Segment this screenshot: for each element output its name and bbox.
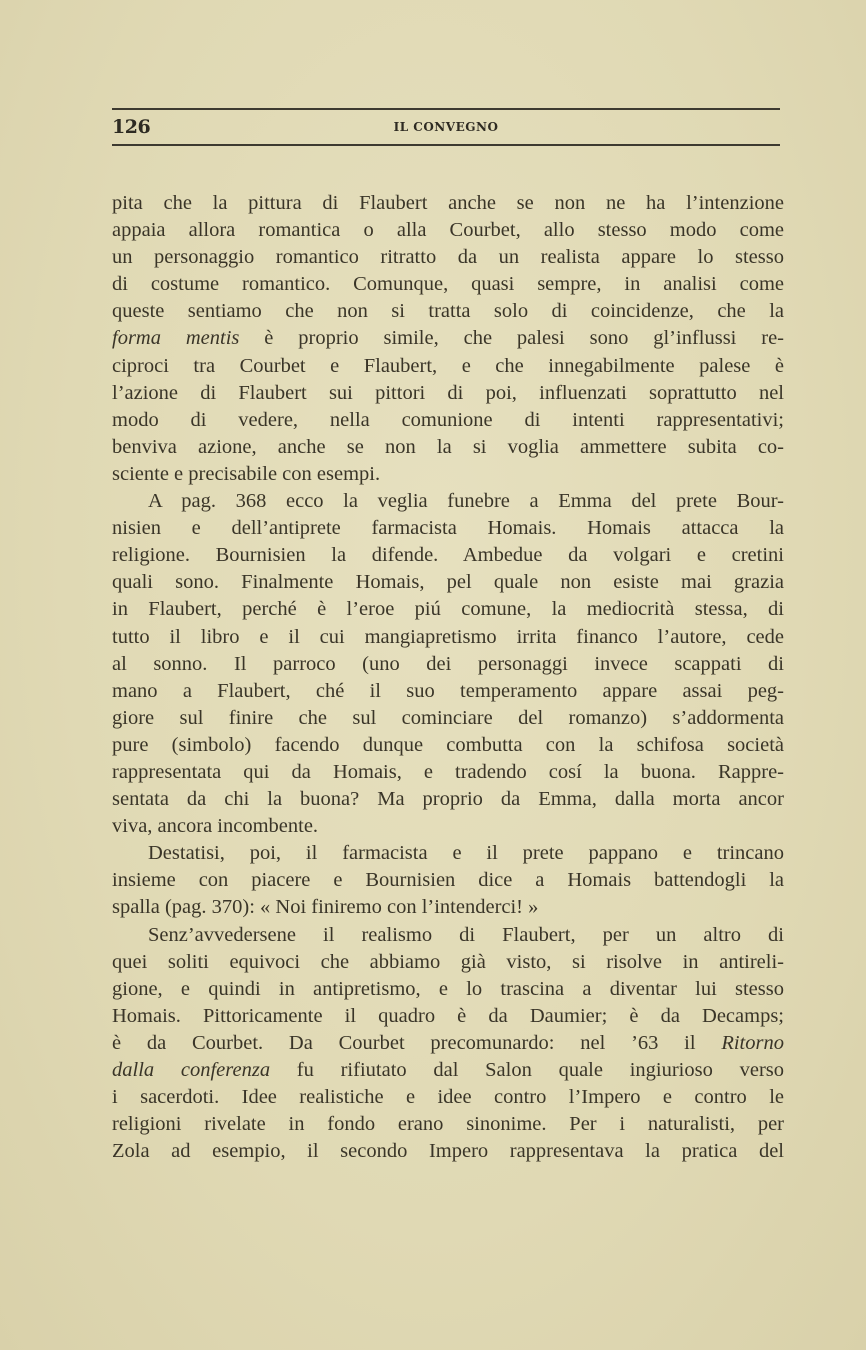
text-line: tutto il libro e il cui mangiapretismo i… <box>112 624 784 651</box>
paragraph-4: Senz’avvedersene il realismo di Flaubert… <box>112 922 784 1166</box>
text-line: religioni rivelate in fondo erano sinoni… <box>112 1111 784 1138</box>
text-line: mano a Flaubert, ché il suo temperamento… <box>112 678 784 705</box>
italic-phrase: forma mentis <box>112 327 239 349</box>
text-line: giore sul finire che sul cominciare del … <box>112 705 784 732</box>
text-line: religione. Bournisien la difende. Ambedu… <box>112 542 784 569</box>
text-line: ciproci tra Courbet e Flaubert, e che in… <box>112 353 784 380</box>
text-line: sentata da chi la buona? Ma proprio da E… <box>112 786 784 813</box>
text-line: appaia allora romantica o alla Courbet, … <box>112 217 784 244</box>
text-line: l’azione di Flaubert sui pittori di poi,… <box>112 380 784 407</box>
paragraph-3: Destatisi, poi, il farmacista e il prete… <box>112 840 784 921</box>
journal-title: IL CONVEGNO <box>112 120 780 134</box>
text-line: modo di vedere, nella comunione di inten… <box>112 407 784 434</box>
text-line: gione, e quindi in antipretismo, e lo tr… <box>112 976 784 1003</box>
text-line: al sonno. Il parroco (uno dei personaggi… <box>112 651 784 678</box>
text-line: i sacerdoti. Idee realistiche e idee con… <box>112 1084 784 1111</box>
paragraph-2: A pag. 368 ecco la veglia funebre a Emma… <box>112 488 784 840</box>
text-line: quali sono. Finalmente Homais, pel quale… <box>112 569 784 596</box>
text-line: Senz’avvedersene il realismo di Flaubert… <box>112 922 784 949</box>
text-line: spalla (pag. 370): « Noi finiremo con l’… <box>112 894 784 921</box>
text-line: Zola ad esempio, il secondo Impero rappr… <box>112 1138 784 1165</box>
text-line-with-italic: forma mentis è proprio simile, che pales… <box>112 325 784 352</box>
text-line: di costume romantico. Comunque, quasi se… <box>112 271 784 298</box>
text-line: A pag. 368 ecco la veglia funebre a Emma… <box>112 488 784 515</box>
text-line: Destatisi, poi, il farmacista e il prete… <box>112 840 784 867</box>
body-text: pita che la pittura di Flaubert anche se… <box>112 190 784 1165</box>
text-line: pure (simbolo) facendo dunque combutta c… <box>112 732 784 759</box>
text-line-with-italic: è da Courbet. Da Courbet precomunardo: n… <box>112 1030 784 1057</box>
text-line: Homais. Pittoricamente il quadro è da Da… <box>112 1003 784 1030</box>
running-header: 126 IL CONVEGNO <box>112 108 780 146</box>
text-line: nisien e dell’antiprete farmacista Homai… <box>112 515 784 542</box>
text-line: insieme con piacere e Bournisien dice a … <box>112 867 784 894</box>
italic-phrase: dalla conferenza <box>112 1059 270 1081</box>
text-line: sciente e precisabile con esempi. <box>112 461 784 488</box>
text-line: viva, ancora incombente. <box>112 813 784 840</box>
text-line-with-italic: dalla conferenza fu rifiutato dal Salon … <box>112 1057 784 1084</box>
text-line: benviva azione, anche se non la si vogli… <box>112 434 784 461</box>
text-line: quei soliti equivoci che abbiamo già vis… <box>112 949 784 976</box>
italic-phrase: Ritorno <box>721 1032 784 1054</box>
text-line: in Flaubert, perché è l’eroe piú comune,… <box>112 596 784 623</box>
text-line: rappresentata qui da Homais, e tradendo … <box>112 759 784 786</box>
text-line: un personaggio romantico ritratto da un … <box>112 244 784 271</box>
text-line: queste sentiamo che non si tratta solo d… <box>112 298 784 325</box>
paragraph-1: pita che la pittura di Flaubert anche se… <box>112 190 784 488</box>
text-line: pita che la pittura di Flaubert anche se… <box>112 190 784 217</box>
